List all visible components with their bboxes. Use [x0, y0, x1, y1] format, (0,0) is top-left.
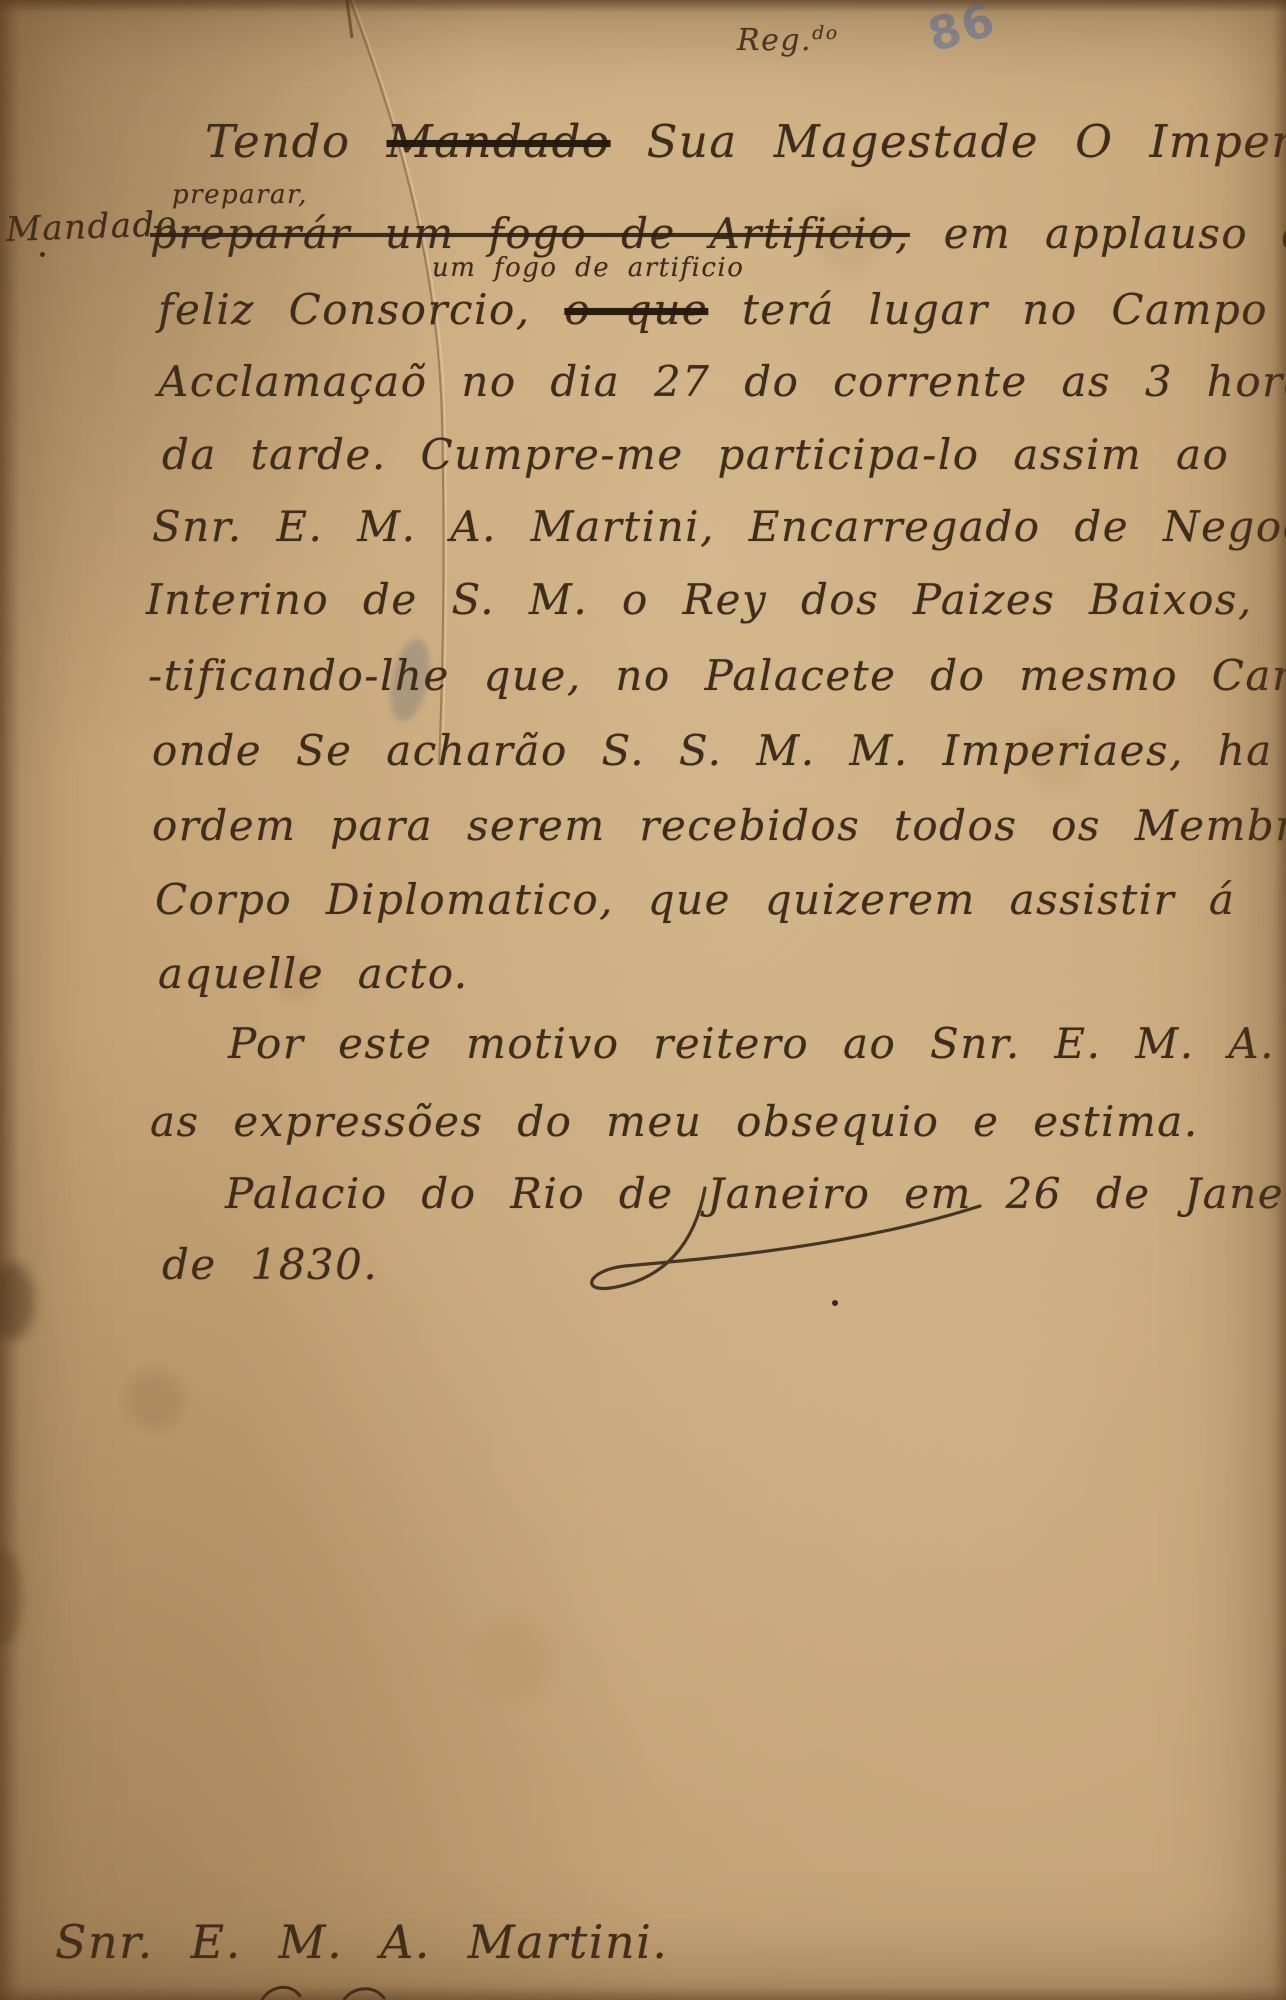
manuscript-line: Tendo Mandado Sua Magestade O Imperador [205, 118, 1286, 165]
manuscript-page: 86 Reg.do Mandado preparar, um fogo de a… [0, 0, 1286, 2000]
manuscript-line: as expressões do meu obsequio e estima. [150, 1100, 1199, 1144]
manuscript-line: -tificando-lhe que, no Palacete do mesmo… [148, 654, 1286, 698]
text-run: ordem para serem recebidos todos os Memb… [152, 801, 1286, 850]
ink-dot [40, 252, 45, 257]
text-run: Corpo Diplomatico, que quizerem assistir… [155, 875, 1235, 924]
manuscript-line: onde Se acharão S. S. M. M. Imperiaes, h… [152, 729, 1273, 773]
struck-text: o que [564, 285, 708, 334]
text-run: -tificando-lhe que, no Palacete do mesmo… [148, 651, 1286, 700]
register-mark: Reg.do [737, 24, 839, 57]
edge-stain [0, 1262, 34, 1340]
interlinear-insertion: um fogo de artificio [432, 255, 744, 282]
manuscript-line: Por este motivo reitero ao Snr. E. M. A.… [228, 1022, 1286, 1066]
manuscript-line: aquelle acto. [158, 952, 469, 996]
signature-flourish [555, 1188, 1025, 1303]
text-run: Snr. E. M. A. Martini, Encarregado de Ne… [152, 502, 1286, 551]
text-run: de 1830. [162, 1240, 378, 1289]
text-run: Por este motivo reitero ao Snr. E. M. A.… [228, 1019, 1286, 1068]
manuscript-line: da tarde. Cumpre-me participa-lo assim a… [162, 433, 1229, 477]
edge-stain [0, 1550, 22, 1645]
interlinear-insertion: preparar, [172, 182, 308, 209]
struck-text: Mandado [387, 115, 611, 168]
text-run: Interino de S. M. o Rey dos Paizes Baixo… [146, 575, 1286, 624]
text-run: as expressões do meu obsequio e estima. [150, 1097, 1199, 1146]
text-run: Acclamaçaõ no dia 27 do corrente as 3 ho… [158, 357, 1286, 406]
addressee-line: Snr. E. M. A. Martini. [55, 1918, 668, 1966]
text-run: em applauso do Seu [910, 209, 1286, 258]
manuscript-line: Acclamaçaõ no dia 27 do corrente as 3 ho… [158, 360, 1286, 404]
text-run: Tendo [205, 115, 387, 168]
register-mark-superscript: do [812, 22, 839, 44]
text-run: aquelle acto. [158, 949, 469, 998]
manuscript-line: preparár um fogo de Artificio, em applau… [150, 212, 1286, 256]
text-run: terá lugar no Campo da [708, 285, 1286, 334]
text-run: da tarde. Cumpre-me participa-lo assim a… [162, 430, 1229, 479]
struck-text: preparár um fogo de Artificio, [150, 209, 910, 258]
manuscript-line: de 1830. [162, 1243, 378, 1287]
manuscript-line: Interino de S. M. o Rey dos Paizes Baixo… [146, 578, 1286, 622]
clipped-text-marks [252, 1982, 432, 2000]
text-run: Sua Magestade O Imperador [611, 115, 1286, 168]
register-mark-label: Reg. [737, 23, 812, 58]
manuscript-line: Corpo Diplomatico, que quizerem assistir… [155, 878, 1235, 922]
page-number: 86 [922, 0, 1002, 62]
text-run: onde Se acharão S. S. M. M. Imperiaes, h… [152, 726, 1273, 775]
text-run: feliz Consorcio, [158, 285, 564, 334]
manuscript-line: ordem para serem recebidos todos os Memb… [152, 804, 1286, 848]
manuscript-line: feliz Consorcio, o que terá lugar no Cam… [158, 288, 1286, 332]
manuscript-line: Snr. E. M. A. Martini, Encarregado de Ne… [152, 505, 1286, 549]
